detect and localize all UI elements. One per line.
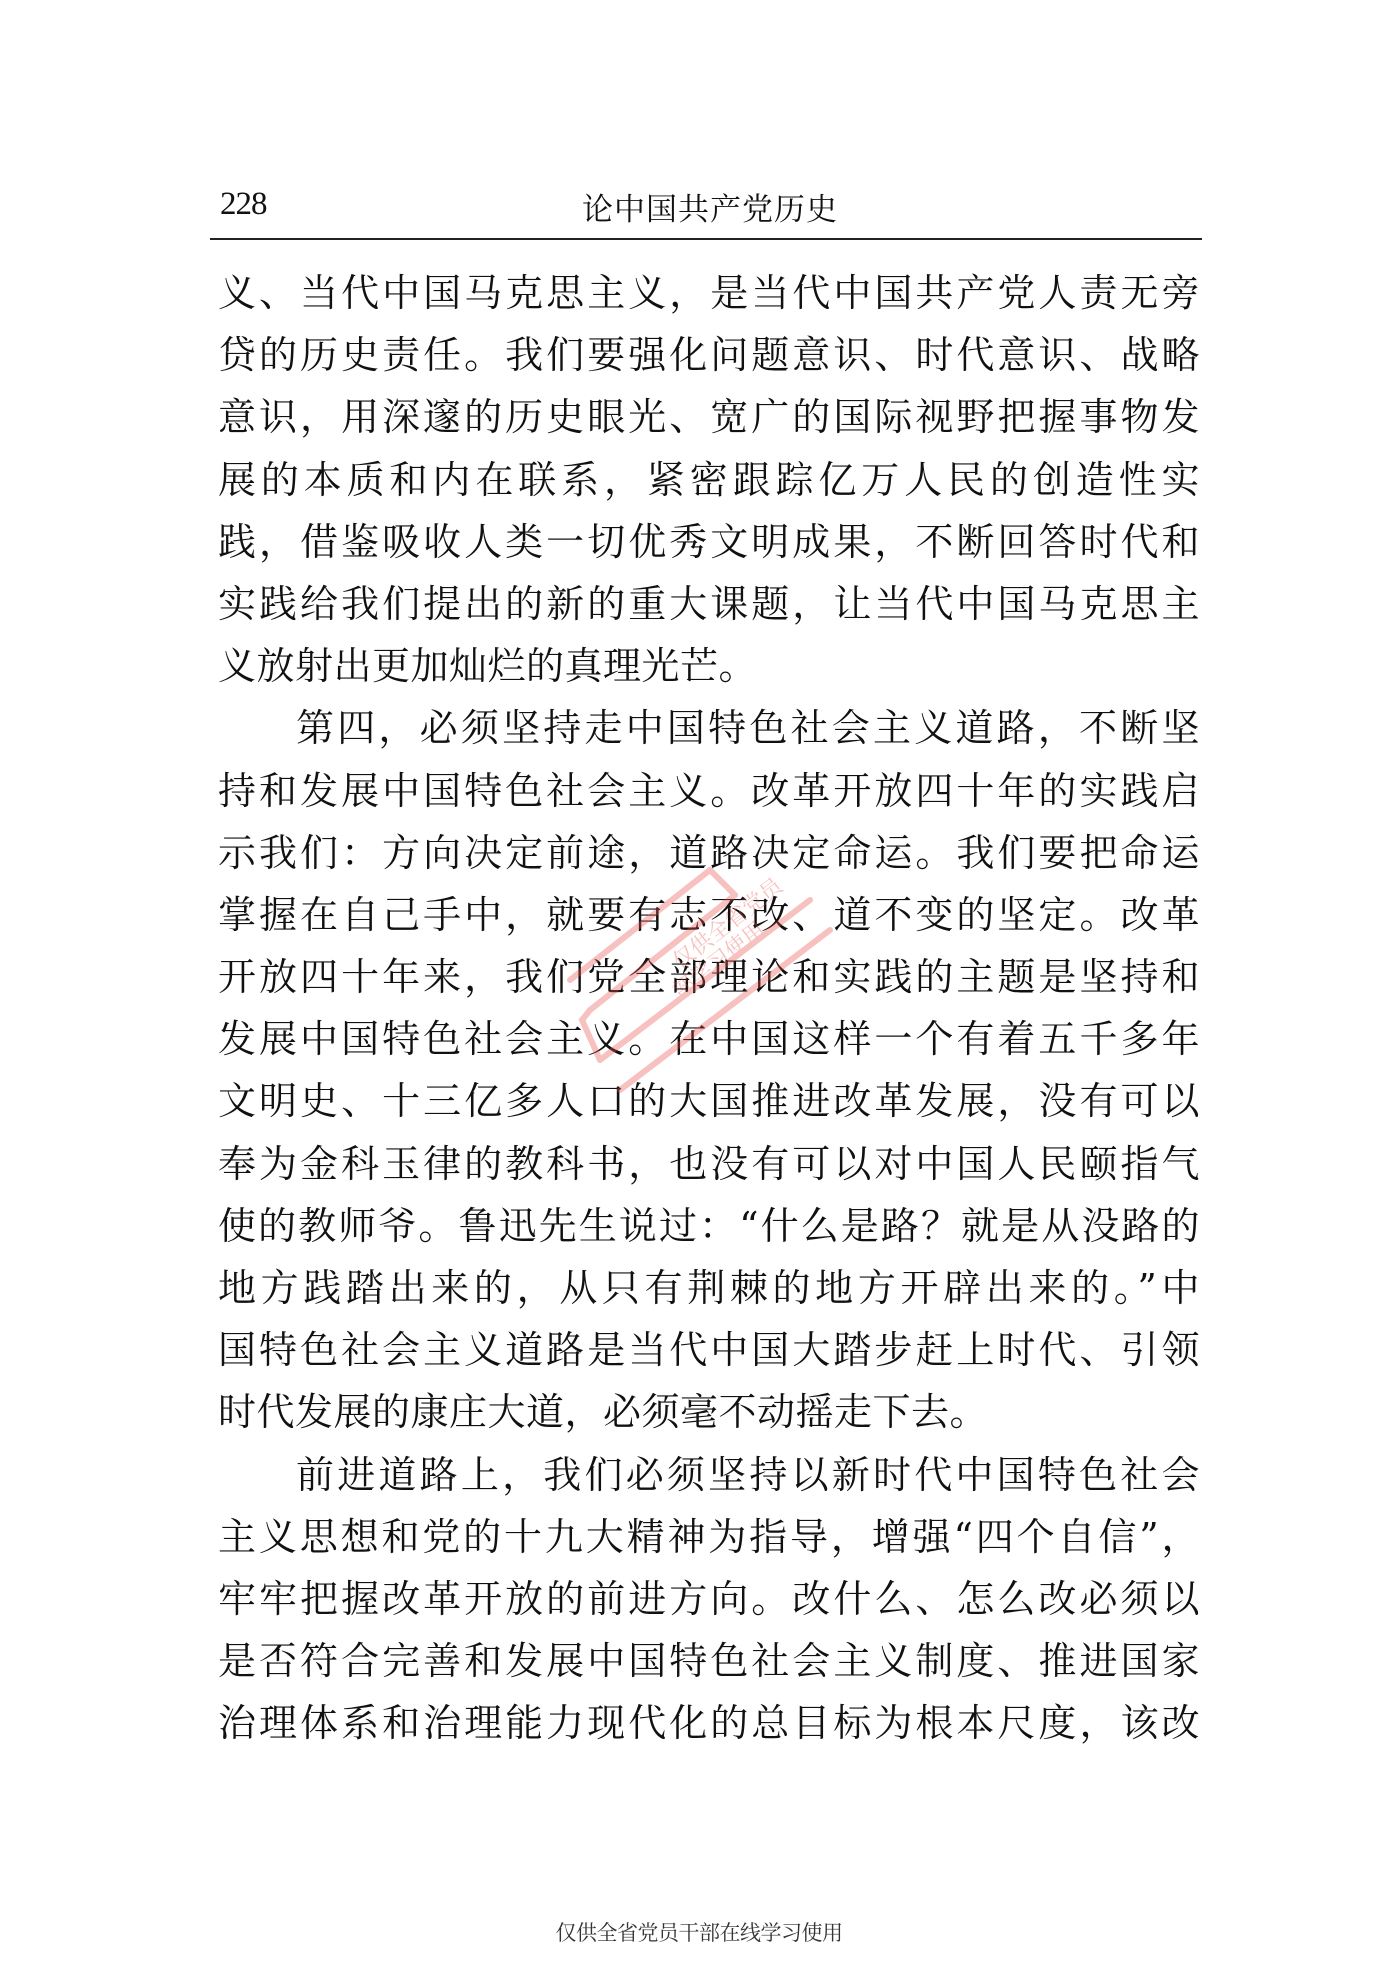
- body-line: 地方践踏出来的，从只有荆棘的地方开辟出来的。”中: [218, 1257, 1200, 1319]
- body-line: 是否符合完善和发展中国特色社会主义制度、推进国家: [218, 1630, 1200, 1692]
- body-line: 第四，必须坚持走中国特色社会主义道路，不断坚: [218, 697, 1200, 759]
- body-line: 意识，用深邃的历史眼光、宽广的国际视野把握事物发: [218, 386, 1200, 448]
- body-text: 义、当代中国马克思主义，是当代中国共产党人责无旁贷的历史责任。我们要强化问题意识…: [218, 262, 1200, 1755]
- page-header: 228 论中国共产党历史: [220, 180, 1200, 240]
- header-rule: [210, 238, 1202, 240]
- body-line: 义放射出更加灿烂的真理光芒。: [218, 635, 1200, 697]
- body-line: 示我们：方向决定前途，道路决定命运。我们要把命运: [218, 822, 1200, 884]
- body-line: 主义思想和党的十九大精神为指导，增强“四个自信”，: [218, 1506, 1200, 1568]
- body-line: 前进道路上，我们必须坚持以新时代中国特色社会: [218, 1444, 1200, 1506]
- footer-usage-note: 仅供全省党员干部在线学习使用: [0, 1917, 1398, 1947]
- body-line: 展的本质和内在联系，紧密跟踪亿万人民的创造性实: [218, 449, 1200, 511]
- body-line: 发展中国特色社会主义。在中国这样一个有着五千多年: [218, 1008, 1200, 1070]
- body-line: 牢牢把握改革开放的前进方向。改什么、怎么改必须以: [218, 1568, 1200, 1630]
- body-line: 义、当代中国马克思主义，是当代中国共产党人责无旁: [218, 262, 1200, 324]
- body-line: 奉为金科玉律的教科书，也没有可以对中国人民颐指气: [218, 1133, 1200, 1195]
- body-line: 贷的历史责任。我们要强化问题意识、时代意识、战略: [218, 324, 1200, 386]
- body-line: 持和发展中国特色社会主义。改革开放四十年的实践启: [218, 760, 1200, 822]
- body-line: 践，借鉴吸收人类一切优秀文明成果，不断回答时代和: [218, 511, 1200, 573]
- body-line: 实践给我们提出的新的重大课题，让当代中国马克思主: [218, 573, 1200, 635]
- body-line: 文明史、十三亿多人口的大国推进改革发展，没有可以: [218, 1070, 1200, 1132]
- body-line: 使的教师爷。鲁迅先生说过：“什么是路？就是从没路的: [218, 1195, 1200, 1257]
- body-line: 掌握在自己手中，就要有志不改、道不变的坚定。改革: [218, 884, 1200, 946]
- running-title: 论中国共产党历史: [220, 184, 1200, 229]
- body-line: 时代发展的康庄大道，必须毫不动摇走下去。: [218, 1381, 1200, 1443]
- body-line: 治理体系和治理能力现代化的总目标为根本尺度，该改: [218, 1692, 1200, 1754]
- body-line: 国特色社会主义道路是当代中国大踏步赶上时代、引领: [218, 1319, 1200, 1381]
- body-line: 开放四十年来，我们党全部理论和实践的主题是坚持和: [218, 946, 1200, 1008]
